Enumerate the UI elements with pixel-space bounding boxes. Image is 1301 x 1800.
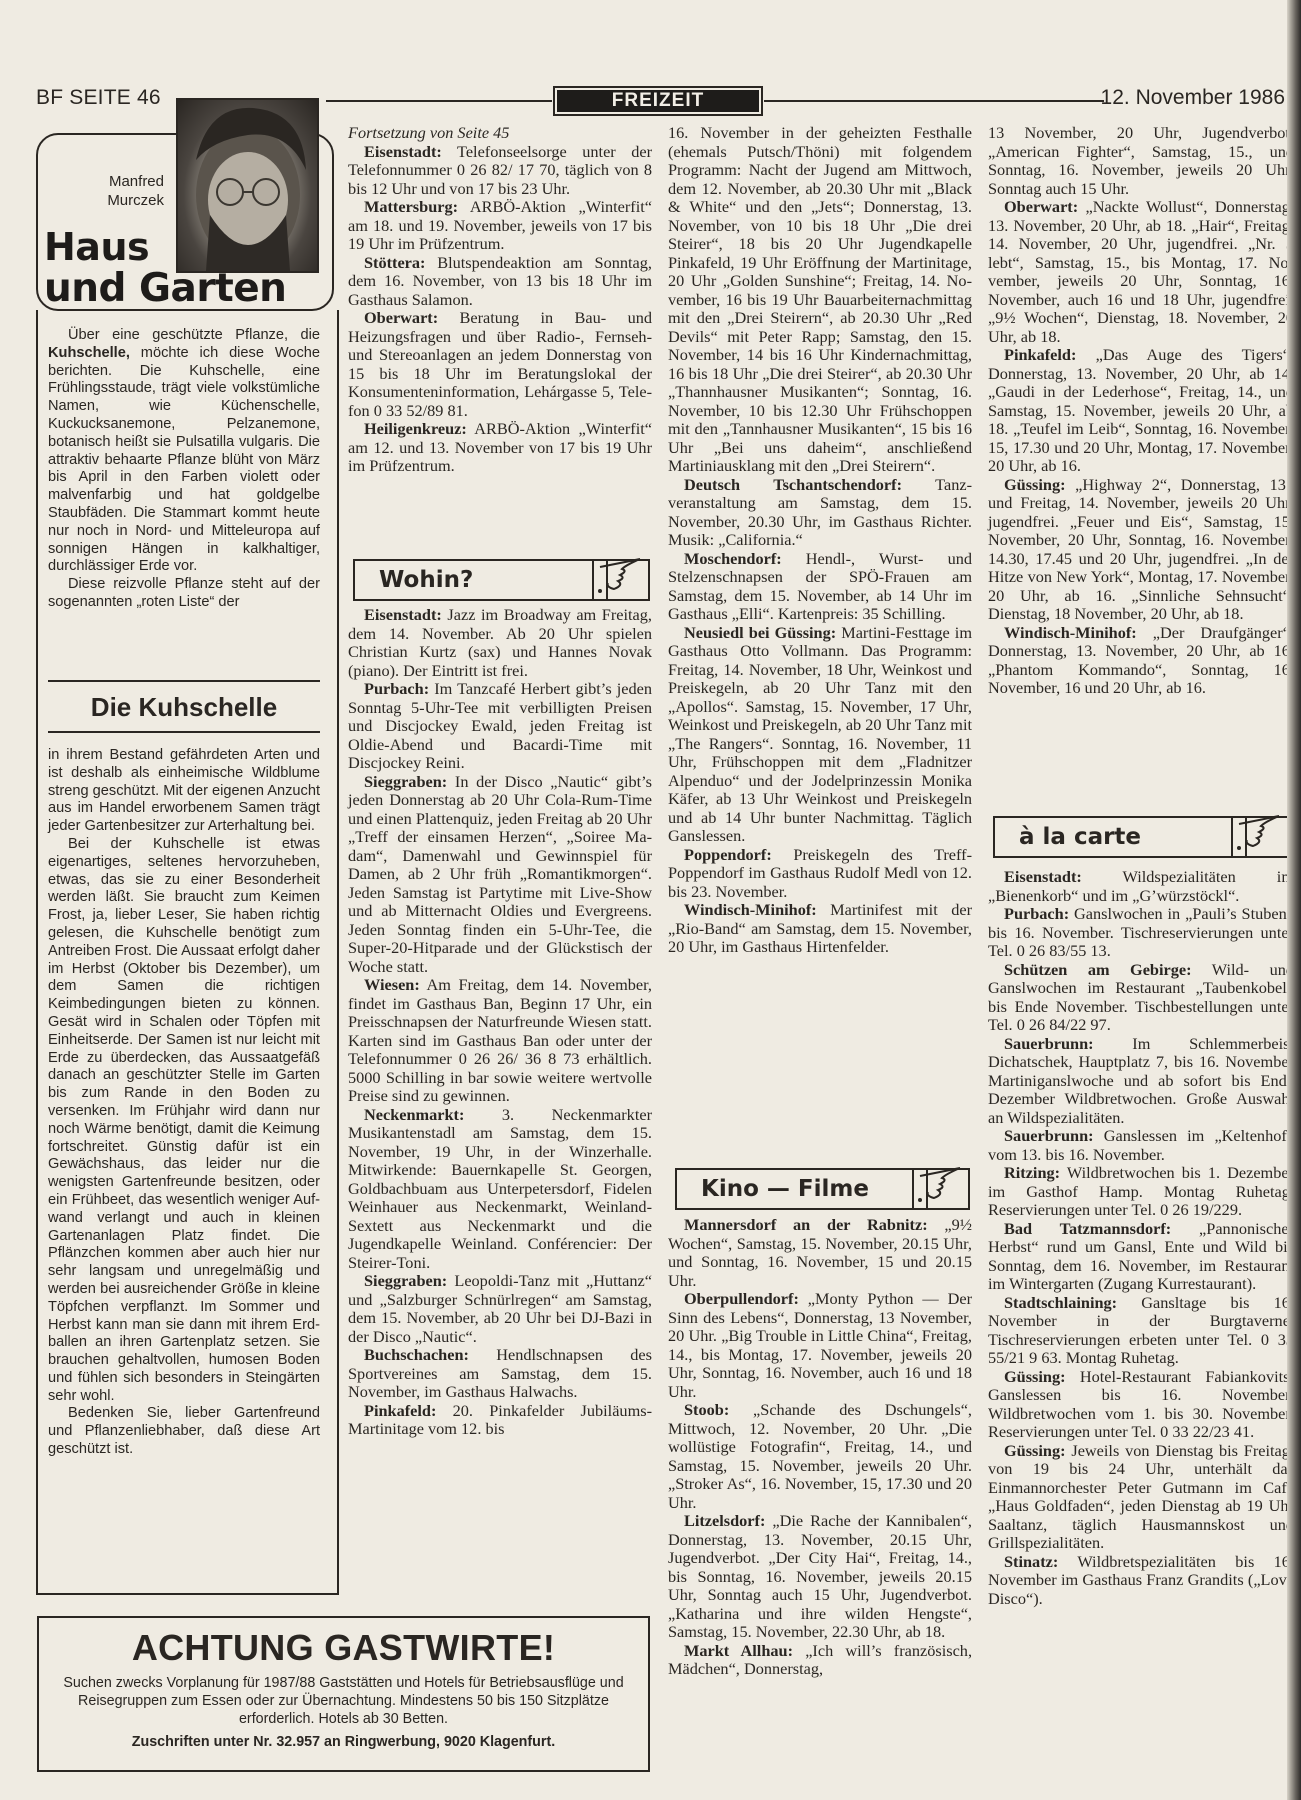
listing-entry: Eisenstadt: Telefonseelsorge un­ter der … xyxy=(348,143,652,199)
listing-entry: Neckenmarkt: 3. Neckenmarkter Musikanten… xyxy=(348,1106,652,1273)
ad-body: Suchen zwecks Vorplanung für 1987/88 Gas… xyxy=(53,1674,634,1728)
listing-entry: Stoob: „Schande des Dschun­gels“, Mittwo… xyxy=(668,1401,972,1512)
listing-entry: Purbach: Ganslwochen in „Pauli’s Stuben“… xyxy=(988,905,1294,961)
listing-entry: Sauerbrunn: Ganslessen im „Kel­tenhof“ v… xyxy=(988,1127,1294,1164)
listing-entry: Litzelsdorf: „Die Rache der Kan­nibalen“… xyxy=(668,1512,972,1642)
listing-entry: Windisch-Minihof: Martinifest mit der „R… xyxy=(668,901,972,957)
section-header-alacarte: à la carte xyxy=(993,816,1289,858)
listing-entry: Stinatz: Wildbretspezialitäten bis 16. N… xyxy=(988,1553,1294,1609)
section-label: Wohin? xyxy=(355,567,592,593)
listing-entry: Ritzing: Wildbretwochen bis 1. Dezember … xyxy=(988,1164,1294,1220)
pointing-hand-icon xyxy=(1235,810,1285,850)
column-title-line1: Haus xyxy=(44,225,149,269)
continuation-note: Fortsetzung von Seite 45 xyxy=(348,124,652,143)
listing-entry: Bad Tatzmannsdorf: „Pannoni­scher Herbst… xyxy=(988,1220,1294,1294)
page-binding-shadow xyxy=(1287,0,1301,1800)
article-headline: Die Kuhschelle xyxy=(48,692,320,723)
section-label: à la carte xyxy=(995,824,1231,850)
column-title: Haus und Garten xyxy=(44,228,286,308)
classified-ad: ACHTUNG GASTWIRTE! Suchen zwecks Vorplan… xyxy=(37,1616,650,1772)
column-title-line2: und Garten xyxy=(44,270,286,308)
issue-date: 12. November 1986 xyxy=(1101,86,1285,110)
listing-continued: 16. November in der geheizten Fest­halle… xyxy=(668,124,972,476)
author-first-name: Manfred xyxy=(60,172,164,191)
section-title: FREIZEIT xyxy=(557,90,759,112)
listing-entry: Sieggraben: In der Disco „Nautic“ gibt’s… xyxy=(348,773,652,977)
listing-entry: Oberpullendorf: „Monty Python — Der Sinn… xyxy=(668,1290,972,1401)
listings-wohin-col2: Eisenstadt: Jazz im Broadway am Freitag,… xyxy=(348,606,652,1439)
author-last-name: Murczek xyxy=(60,191,164,210)
listing-entry: Eisenstadt: Jazz im Broadway am Freitag,… xyxy=(348,606,652,680)
listing-entry: Markt Allhau: „Ich will’s franzö­sisch, … xyxy=(668,1642,972,1679)
listing-entry: Mannersdorf an der Rabnitz: „9½ Wochen“,… xyxy=(668,1216,972,1290)
article-paragraph: Bedenken Sie, lieber Garten­freund und P… xyxy=(48,1405,320,1458)
listing-entry: Stadtschlaining: Gansltage bis 16. Novem… xyxy=(988,1294,1294,1368)
listing-entry: Neusiedl bei Güssing: Martini-Festtage i… xyxy=(668,624,972,846)
ad-title: ACHTUNG GASTWIRTE! xyxy=(39,1628,648,1668)
listing-entry: Stöttera: Blutspendeaktion am Sonntag, d… xyxy=(348,254,652,310)
listing-entry: Sieggraben: Leopoldi-Tanz mit „Huttanz“ … xyxy=(348,1272,652,1346)
listing-entry: Eisenstadt: Wildspezialitäten im „Bienen… xyxy=(988,868,1294,905)
listing-entry: Güssing: Jeweils von Dienstag bis Freita… xyxy=(988,1442,1294,1553)
listing-entry: Pinkafeld: 20. Pinkafelder Jubi­läums-Ma… xyxy=(348,1402,652,1439)
article-paragraph: in ihrem Bestand gefährdeten Ar­ten und … xyxy=(48,747,320,836)
article-body-part2: in ihrem Bestand gefährdeten Ar­ten und … xyxy=(48,747,320,1459)
ad-contact: Zuschriften unter Nr. 32.957 an Ringwerb… xyxy=(39,1734,648,1750)
listings-kino-col3: Mannersdorf an der Rabnitz: „9½ Wochen“,… xyxy=(668,1216,972,1679)
pointing-hand-icon xyxy=(916,1162,966,1202)
author-name: Manfred Murczek xyxy=(60,172,164,210)
listing-entry: Schützen am Gebirge: Wild- und Ganslwoch… xyxy=(988,961,1294,1035)
listing-entry: Güssing: Hotel-Restaurant Fa­biankovits:… xyxy=(988,1368,1294,1442)
listing-entry: Purbach: Im Tanzcafé Herbert gibt’s jede… xyxy=(348,680,652,773)
listing-entry: Heiligenkreuz: ARBÖ-Aktion „Winterfit“ a… xyxy=(348,420,652,476)
listing-entry: Mattersburg: ARBÖ-Aktion „Winterfit“ am … xyxy=(348,198,652,254)
article-paragraph: Bei der Kuhschelle ist etwas eigenartige… xyxy=(48,836,320,1406)
listings-wohin-col3: 16. November in der geheizten Fest­halle… xyxy=(668,124,972,957)
listing-entry: Sauerbrunn: Im Schlemmerbeisl Dichatsche… xyxy=(988,1035,1294,1128)
listing-entry: Oberwart: „Nackte Wollust“, Don­nerstag,… xyxy=(988,198,1294,346)
article-paragraph: Diese reizvolle Pflanze steht auf der so… xyxy=(48,576,320,612)
page-number: BF SEITE 46 xyxy=(36,86,161,110)
listing-entry: Wiesen: Am Freitag, dem 14. No­vember, f… xyxy=(348,976,652,1106)
pointing-hand-icon xyxy=(596,553,646,593)
listing-entry: Buchschachen: Hendlschnapsen des Sportve… xyxy=(348,1346,652,1402)
header-rule-right xyxy=(764,100,1104,102)
listings-general: Fortsetzung von Seite 45 Eisenstadt: Tel… xyxy=(348,124,652,476)
listing-entry: Moschendorf: Hendl-, Wurst- und Stelzens… xyxy=(668,550,972,624)
article-body-part1: Über eine geschützte Pflanze, die Kuhsch… xyxy=(48,327,320,612)
section-badge: FREIZEIT xyxy=(553,86,763,116)
section-header-wohin: Wohin? xyxy=(353,559,650,601)
section-header-kino: Kino — Filme xyxy=(675,1168,970,1210)
article-paragraph: Über eine geschützte Pflanze, die Kuhsch… xyxy=(48,327,320,576)
listing-entry: Deutsch Tschantschendorf: Tanz­veranstal… xyxy=(668,476,972,550)
header-rule-left xyxy=(326,100,552,102)
listings-kino-col4: 13 November, 20 Uhr, Jugendverbot. „Amer… xyxy=(988,124,1294,698)
listings-alacarte: Eisenstadt: Wildspezialitäten im „Bienen… xyxy=(988,868,1294,1608)
listing-entry: Güssing: „Highway 2“, Donners­tag, 13., … xyxy=(988,476,1294,624)
listing-continued: 13 November, 20 Uhr, Jugendverbot. „Amer… xyxy=(988,124,1294,198)
section-label: Kino — Filme xyxy=(677,1176,912,1202)
listing-entry: Pinkafeld: „Das Auge des Ti­gers“, Donne… xyxy=(988,346,1294,476)
listing-entry: Poppendorf: Preiskegeln des Treff-Poppen… xyxy=(668,846,972,902)
headline-rule-bottom xyxy=(48,731,320,733)
listing-entry: Windisch-Minihof: „Der Drauf­gänger“, Do… xyxy=(988,624,1294,698)
headline-rule-top xyxy=(48,680,320,682)
listing-entry: Oberwart: Beratung in Bau- und Heizungsf… xyxy=(348,309,652,420)
